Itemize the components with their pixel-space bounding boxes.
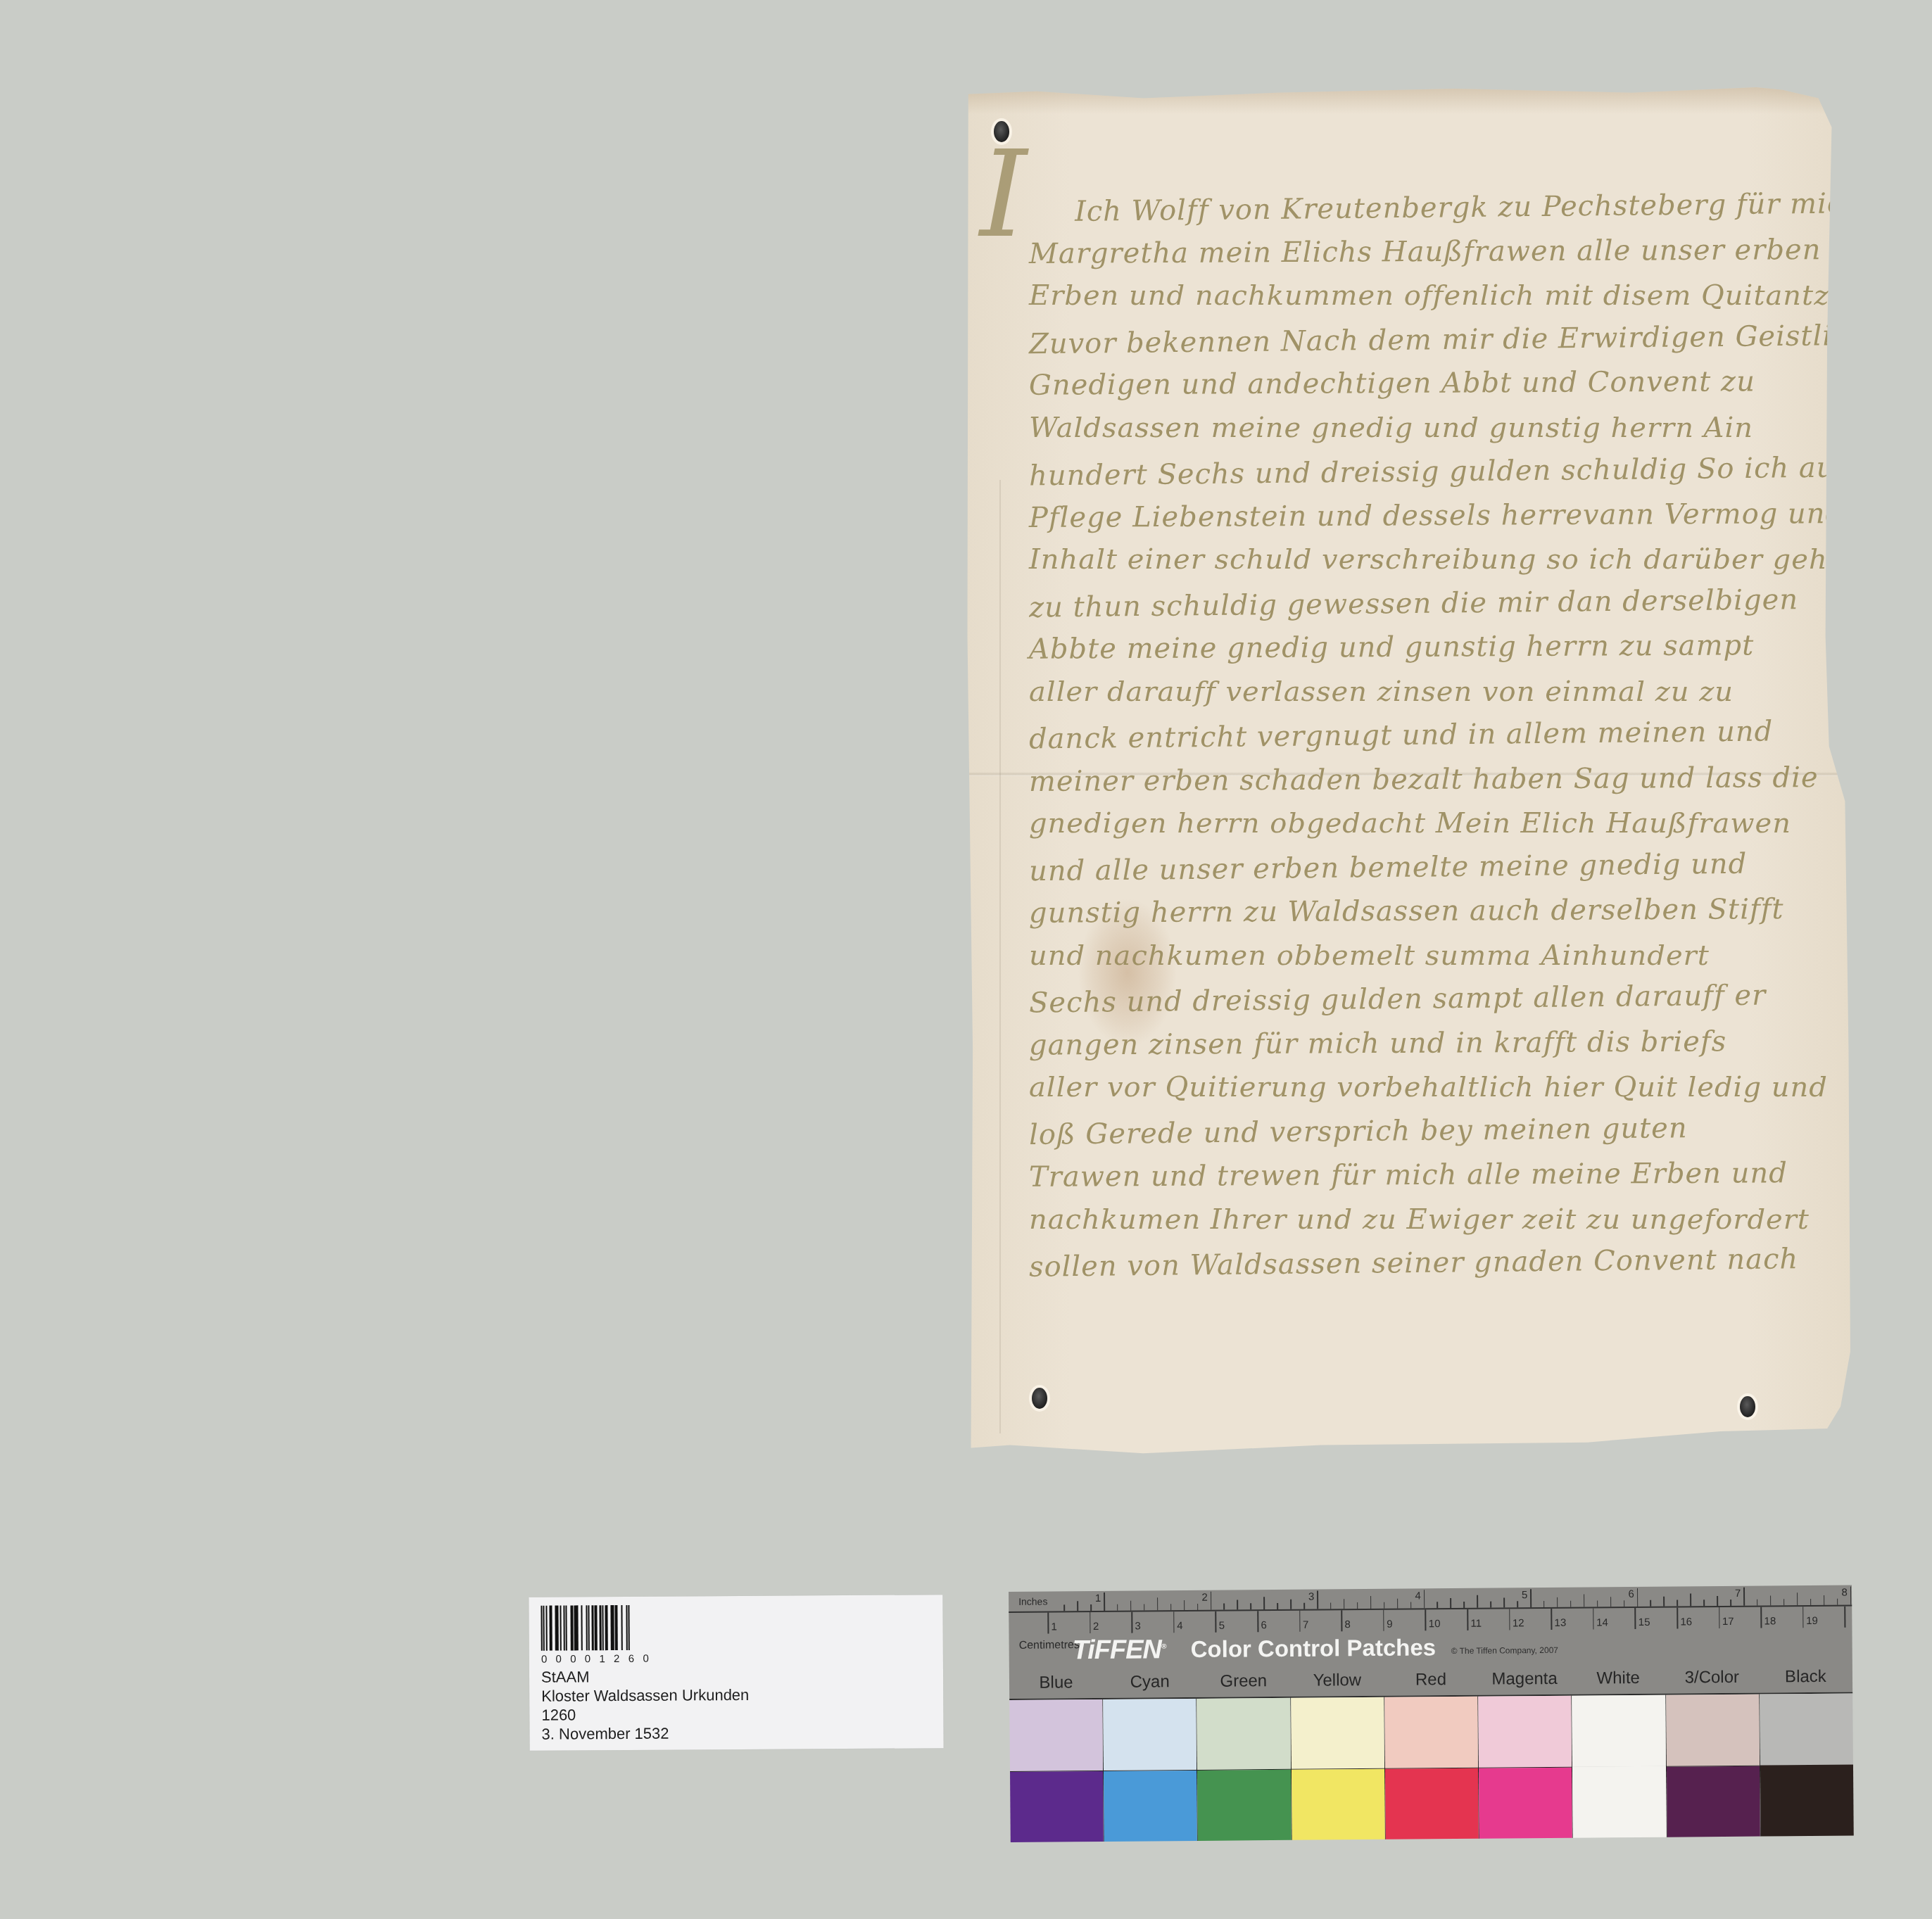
cm-tick [1131,1612,1132,1633]
inch-number: 1 [1095,1592,1101,1604]
manuscript-line: gunstig herrn zu Waldsassen auch derselb… [1029,893,1784,930]
cm-number: 12 [1513,1617,1524,1629]
patch-column-green [1197,1698,1292,1841]
manuscript-line: Gnedigen und andechtigen Abbt und Conven… [1029,365,1755,401]
cm-tick [1719,1607,1720,1628]
manuscript-line: aller darauff verlassen zinsen von einma… [1029,676,1734,708]
inch-subtick [1437,1602,1439,1608]
decorated-initial: I [980,135,1027,255]
cm-number: 8 [1345,1619,1351,1630]
light-patch [1478,1696,1572,1768]
manuscript-line: sollen von Waldsassen seiner gnaden Conv… [1029,1243,1799,1283]
inch-subtick [1290,1600,1292,1609]
inch-subtick [1157,1597,1158,1610]
manuscript-line: meiner erben schaden bezalt haben Sag un… [1029,761,1819,798]
cm-number: 16 [1680,1616,1692,1628]
cm-tick [1467,1609,1468,1630]
inch-subtick [1824,1595,1825,1605]
vertical-fold-crease [999,480,1001,1433]
inch-subtick [1224,1604,1225,1610]
cm-number: 7 [1303,1619,1308,1631]
patch-column-black [1760,1694,1854,1837]
color-patches [1009,1692,1854,1842]
inch-subtick [1410,1602,1412,1609]
cm-number: 6 [1261,1619,1266,1631]
inch-number: 6 [1628,1588,1634,1600]
dark-patch [1104,1770,1197,1842]
inch-subtick [1490,1602,1491,1608]
manuscript-line: und nachkumen obbemelt summa Ainhundert [1029,939,1710,972]
inch-subtick [1384,1602,1385,1609]
dark-patch [1667,1766,1760,1837]
inch-subtick [1303,1603,1305,1609]
manuscript-line: danck entricht vergnugt und in allem mei… [1029,715,1774,755]
dark-patch [1010,1771,1104,1842]
inch-subtick [1370,1596,1372,1609]
patch-label-red: Red [1384,1667,1477,1696]
patch-column-magenta [1478,1696,1573,1839]
inch-subtick [1757,1600,1758,1606]
inch-ruler: Inches 12345678 [1009,1585,1852,1613]
patch-label-green: Green [1197,1668,1290,1697]
cm-number: 3 [1135,1621,1141,1633]
inch-subtick [1063,1604,1065,1611]
manuscript-line: Inhalt einer schuld verschreibung so ich… [1029,543,1876,576]
cm-tick [1593,1608,1594,1629]
inch-subtick [1090,1604,1092,1611]
barcode [541,1605,630,1651]
inch-tick [1317,1591,1318,1609]
archive-label: 00001260 StAAM Kloster Waldsassen Urkund… [529,1595,943,1751]
inch-number: 4 [1415,1590,1420,1602]
inch-subtick [1477,1595,1478,1608]
card-header: Inches 12345678 123456789101112131415161… [1009,1585,1852,1699]
cm-number: 19 [1806,1615,1818,1627]
manuscript-line: zu thun schuldig gewessen die mir dan de… [1029,583,1799,623]
cm-tick [1257,1611,1258,1632]
inch-subtick [1503,1597,1505,1607]
inches-label: Inches [1018,1596,1047,1607]
patch-label-magenta: Magenta [1477,1666,1571,1695]
cm-number: 11 [1470,1618,1482,1630]
inch-number: 2 [1202,1592,1208,1604]
inch-subtick [1197,1604,1199,1610]
manuscript-line: hundert Sechs und dreissig gulden schuld… [1029,450,1918,492]
patch-label-3-color: 3/Color [1665,1665,1759,1694]
inch-subtick [1703,1600,1705,1606]
manuscript-line: Sechs und dreissig gulden sampt allen da… [1029,980,1767,1020]
punch-hole-bottom-right [1740,1396,1755,1417]
color-control-card: Inches 12345678 123456789101112131415161… [1009,1585,1854,1842]
cm-tick [1299,1611,1301,1632]
inch-tick [1636,1588,1638,1607]
cm-number: 4 [1177,1620,1182,1632]
inch-subtick [1730,1600,1731,1606]
manuscript-line: nachkumen Ihrer und zu Ewiger zeit zu un… [1029,1203,1810,1236]
light-patch [1760,1694,1853,1766]
cm-tick [1425,1609,1427,1630]
inch-subtick [1237,1600,1238,1609]
cm-tick [1551,1609,1552,1630]
inch-subtick [1597,1600,1598,1607]
inch-subtick [1117,1604,1118,1611]
inch-subtick [1650,1600,1652,1607]
cm-number: 5 [1219,1620,1225,1632]
dark-patch [1385,1768,1479,1839]
inch-number: 7 [1735,1588,1741,1600]
inch-subtick [1543,1601,1545,1607]
inch-subtick [1263,1597,1265,1609]
dark-patch [1479,1767,1572,1839]
dark-patch [1572,1766,1666,1838]
patch-label-blue: Blue [1009,1670,1103,1699]
cm-tick [1383,1610,1384,1631]
manuscript-line: Pflege Liebenstein und dessels herrevann… [1029,497,1844,533]
inch-subtick [1663,1597,1665,1607]
inch-subtick [1077,1601,1078,1611]
archive-name: StAAM [541,1666,749,1687]
inch-subtick [1450,1598,1451,1608]
inch-number: 8 [1841,1587,1847,1599]
inch-tick [1743,1588,1745,1606]
manuscript-line: und alle unser erben bemelte meine gnedi… [1029,847,1748,887]
inch-subtick [1144,1604,1145,1610]
punch-hole-bottom-left [1032,1388,1047,1409]
inch-subtick [1130,1601,1132,1611]
manuscript-line: Waldsassen meine gnedig und gunstig herr… [1029,412,1753,444]
centimetres-label: Centimetres [1019,1639,1080,1652]
patch-label-black: Black [1759,1664,1852,1693]
patch-label-yellow: Yellow [1290,1668,1384,1697]
dark-patch [1760,1765,1854,1837]
cm-tick [1341,1610,1342,1631]
manuscript-line: Abbte meine gnedig und gunstig herrn zu … [1029,629,1754,665]
cm-number: 15 [1639,1616,1650,1628]
tiffen-logo: TiFFEN® [1072,1635,1166,1666]
inch-number: 5 [1522,1589,1527,1601]
light-patch [1103,1699,1197,1771]
copyright-notice: © The Tiffen Company, 2007 [1451,1645,1558,1656]
patch-label-cyan: Cyan [1103,1669,1197,1698]
inch-subtick [1463,1602,1465,1608]
patch-column-cyan [1103,1699,1198,1842]
patch-column-yellow [1291,1697,1386,1840]
cm-tick [1845,1607,1846,1628]
light-patch [1009,1699,1103,1772]
inch-subtick [1344,1599,1345,1609]
cm-tick [1635,1608,1636,1629]
barcode-number: 00001260 [541,1653,651,1666]
inch-subtick [1557,1597,1558,1607]
inch-number: 3 [1308,1591,1314,1603]
patch-label-white: White [1572,1666,1665,1695]
inch-tick [1850,1587,1851,1605]
inch-subtick [1570,1601,1572,1607]
cm-number: 9 [1387,1619,1392,1630]
light-patch [1291,1697,1384,1770]
light-patch [1197,1698,1291,1771]
inch-subtick [1677,1600,1678,1607]
dark-patch [1197,1769,1291,1841]
inch-subtick [1397,1599,1399,1609]
light-patch [1666,1695,1760,1767]
manuscript-line: Margretha mein Elichs Haußfrawen alle un… [1029,234,1821,270]
patch-column-white [1572,1695,1667,1838]
manuscript-page: I Ich Wolff von Kreutenbergk zu Pechsteb… [966,86,1854,1462]
cm-tick [1509,1609,1510,1630]
cm-tick [1090,1612,1091,1633]
manuscript-line: Ich Wolff von Kreutenbergk zu Pechsteber… [1075,187,1863,228]
inch-subtick [1277,1603,1278,1609]
dark-patch [1292,1768,1385,1840]
cm-number: 18 [1764,1615,1776,1627]
inch-subtick [1330,1602,1332,1609]
cm-tick [1802,1607,1804,1628]
collection-name: Kloster Waldsassen Urkunden [541,1685,749,1706]
inch-subtick [1250,1603,1251,1609]
inch-subtick [1584,1595,1585,1607]
cm-tick [1677,1608,1678,1629]
inch-subtick [1717,1596,1718,1606]
inch-subtick [1357,1602,1358,1609]
manuscript-line: Erben und nachkummen offenlich mit disem… [1029,279,1829,312]
inch-tick [1211,1592,1212,1610]
cm-tick [1760,1607,1762,1628]
cm-number: 1 [1051,1621,1056,1633]
cm-tick [1173,1611,1175,1633]
cm-number: 13 [1554,1617,1566,1629]
inch-subtick [1624,1600,1625,1607]
patch-column-3-color [1666,1695,1761,1837]
cm-tick [1047,1613,1049,1634]
record-number: 1260 [541,1704,749,1725]
inch-tick [1530,1589,1532,1607]
manuscript-line: aller vor Quitierung vorbehaltlich hier … [1029,1071,1828,1103]
cm-number: 2 [1093,1621,1099,1633]
inch-subtick [1610,1597,1612,1607]
card-title: Color Control Patches [1191,1634,1437,1663]
inch-subtick [1797,1592,1798,1605]
inch-subtick [1837,1599,1838,1605]
inch-subtick [1770,1595,1772,1605]
manuscript-line: loß Gerede und versprich bey meinen gute… [1029,1112,1688,1151]
patch-column-blue [1009,1699,1104,1842]
manuscript-line: Zuvor bekennen Nach dem mir die Erwirdig… [1029,319,1868,360]
light-patch [1572,1695,1665,1767]
cm-number: 17 [1722,1616,1734,1628]
cm-number: 14 [1596,1616,1608,1628]
inch-tick [1423,1590,1425,1608]
patch-column-red [1384,1697,1479,1839]
inch-subtick [1810,1599,1812,1605]
cm-number: 10 [1429,1618,1441,1630]
manuscript-line: Trawen und trewen für mich alle meine Er… [1029,1157,1788,1193]
manuscript-line: gangen zinsen für mich und in krafft dis… [1029,1025,1726,1061]
inch-tick [1104,1592,1105,1611]
inch-subtick [1184,1600,1185,1610]
inch-subtick [1690,1593,1691,1606]
inch-subtick [1517,1601,1518,1607]
manuscript-line: gnedigen herrn obgedacht Mein Elich Hauß… [1029,807,1791,840]
light-patch [1384,1697,1478,1769]
inch-subtick [1170,1604,1172,1610]
inch-subtick [1783,1599,1785,1605]
document-date: 3. November 1532 [541,1723,749,1744]
cm-tick [1216,1611,1217,1633]
